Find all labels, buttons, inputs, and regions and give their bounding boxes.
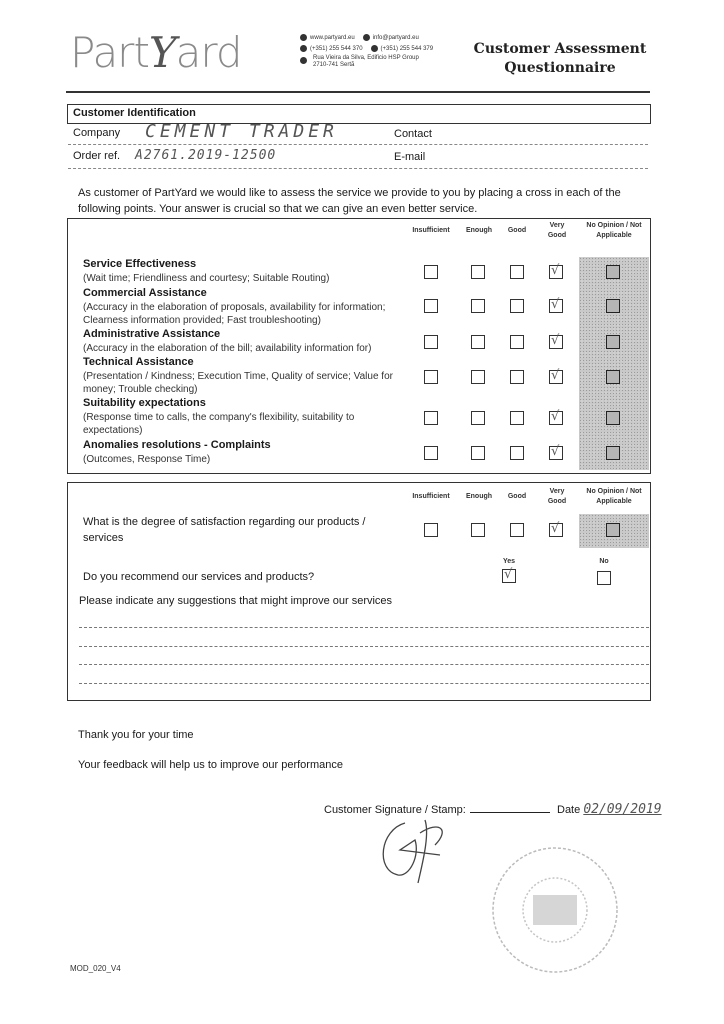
assessment-4-insufficient-checkbox[interactable] xyxy=(424,411,438,425)
assessment-0-very-good-checkbox[interactable]: √ xyxy=(549,265,563,279)
check-icon: √ xyxy=(551,297,559,312)
section-title: Customer Identification xyxy=(73,107,196,119)
address-line: Rua Vieira da Silva, Edificio HSP Group xyxy=(313,55,419,61)
signature-scribble xyxy=(370,815,470,885)
partyard-logo: PartYard xyxy=(70,28,242,77)
assessment-4-good-checkbox[interactable] xyxy=(510,411,524,425)
divider xyxy=(68,144,648,145)
title-line: Questionnaire xyxy=(462,59,658,78)
column-header: No Opinion / Not Applicable xyxy=(582,221,646,241)
contact-field[interactable] xyxy=(440,126,640,140)
assessment-item-title: Service Effectiveness xyxy=(83,258,196,270)
assessment-5-no-opinion-not-applicable-checkbox[interactable] xyxy=(606,446,620,460)
check-icon: √ xyxy=(551,444,559,459)
website-link[interactable]: www.partyard.eu xyxy=(310,35,355,41)
check-icon: √ xyxy=(551,263,559,278)
company-field[interactable]: CEMENT TRADER xyxy=(145,121,338,142)
assessment-5-good-checkbox[interactable] xyxy=(510,446,524,460)
suggestion-line[interactable] xyxy=(79,627,649,628)
assessment-item-description: (Accuracy in the elaboration of the bill… xyxy=(83,342,401,355)
satisfaction-very-good-checkbox[interactable]: √ xyxy=(549,523,563,537)
assessment-5-enough-checkbox[interactable] xyxy=(471,446,485,460)
assessment-4-no-opinion-not-applicable-checkbox[interactable] xyxy=(606,411,620,425)
column-header: Very Good xyxy=(542,487,572,507)
signature-field[interactable] xyxy=(470,812,550,813)
order-ref-field[interactable]: A2761.2019-12500 xyxy=(135,148,276,163)
email-field[interactable] xyxy=(440,149,640,163)
suggestion-line[interactable] xyxy=(79,664,649,665)
assessment-1-good-checkbox[interactable] xyxy=(510,299,524,313)
company-label: Company xyxy=(73,127,120,139)
not-applicable-shade xyxy=(579,257,649,470)
form-code: MOD_020_V4 xyxy=(70,964,121,973)
globe-icon xyxy=(300,34,307,41)
title-line: Customer Assessment xyxy=(462,40,658,59)
suggestion-line[interactable] xyxy=(79,683,649,684)
no-label: No xyxy=(592,557,616,567)
check-icon: √ xyxy=(551,368,559,383)
column-header: Very Good xyxy=(542,221,572,241)
contact-block: www.partyard.eu info@partyard.eu (+351) … xyxy=(300,33,433,69)
satisfaction-no-opinion-not-applicable-checkbox[interactable] xyxy=(606,523,620,537)
assessment-item-title: Anomalies resolutions - Complaints xyxy=(83,439,271,451)
assessment-4-very-good-checkbox[interactable]: √ xyxy=(549,411,563,425)
check-icon: √ xyxy=(551,333,559,348)
check-icon: √ xyxy=(504,567,512,582)
document-title: Customer Assessment Questionnaire xyxy=(462,40,658,78)
assessment-1-very-good-checkbox[interactable]: √ xyxy=(549,299,563,313)
assessment-0-good-checkbox[interactable] xyxy=(510,265,524,279)
email-link[interactable]: info@partyard.eu xyxy=(373,35,419,41)
date-field[interactable]: 02/09/2019 xyxy=(583,802,661,817)
check-icon: √ xyxy=(551,409,559,424)
contact-label: Contact xyxy=(394,128,432,140)
assessment-item-title: Commercial Assistance xyxy=(83,287,207,299)
thanks-text: Thank you for your time xyxy=(78,729,194,741)
assessment-2-no-opinion-not-applicable-checkbox[interactable] xyxy=(606,335,620,349)
logo-text: Part xyxy=(70,28,149,77)
address-line: 2710-741 Sertã xyxy=(313,62,354,68)
order-ref-label: Order ref. xyxy=(73,150,120,162)
recommend-yes-checkbox[interactable]: √ xyxy=(502,569,516,583)
assessment-item-title: Administrative Assistance xyxy=(83,328,220,340)
assessment-0-enough-checkbox[interactable] xyxy=(471,265,485,279)
assessment-3-no-opinion-not-applicable-checkbox[interactable] xyxy=(606,370,620,384)
feedback-text: Your feedback will help us to improve ou… xyxy=(78,759,343,771)
column-header: Good xyxy=(485,492,549,502)
satisfaction-question: What is the degree of satisfaction regar… xyxy=(83,514,383,546)
assessment-2-insufficient-checkbox[interactable] xyxy=(424,335,438,349)
intro-text: As customer of PartYard we would like to… xyxy=(78,185,658,217)
assessment-2-enough-checkbox[interactable] xyxy=(471,335,485,349)
assessment-5-very-good-checkbox[interactable]: √ xyxy=(549,446,563,460)
logo-text: ard xyxy=(176,28,242,77)
mail-icon xyxy=(363,34,370,41)
fax-number: (+351) 255 544 379 xyxy=(381,46,434,52)
fax-icon xyxy=(371,45,378,52)
assessment-item-description: (Wait time; Friendliness and courtesy; S… xyxy=(83,272,401,285)
location-icon xyxy=(300,57,307,64)
assessment-item-description: (Outcomes, Response Time) xyxy=(83,453,401,466)
assessment-item-description: (Response time to calls, the company's f… xyxy=(83,411,401,437)
date-label: Date xyxy=(557,804,580,816)
assessment-item-description: (Accuracy in the elaboration of proposal… xyxy=(83,301,401,327)
yes-label: Yes xyxy=(497,557,521,567)
assessment-2-good-checkbox[interactable] xyxy=(510,335,524,349)
assessment-2-very-good-checkbox[interactable]: √ xyxy=(549,335,563,349)
assessment-1-enough-checkbox[interactable] xyxy=(471,299,485,313)
assessment-3-good-checkbox[interactable] xyxy=(510,370,524,384)
assessment-4-enough-checkbox[interactable] xyxy=(471,411,485,425)
assessment-1-no-opinion-not-applicable-checkbox[interactable] xyxy=(606,299,620,313)
logo-mark: Y xyxy=(149,28,176,77)
date-row: Date 02/09/2019 xyxy=(557,802,662,817)
column-header: No Opinion / Not Applicable xyxy=(582,487,646,507)
assessment-1-insufficient-checkbox[interactable] xyxy=(424,299,438,313)
assessment-0-no-opinion-not-applicable-checkbox[interactable] xyxy=(606,265,620,279)
assessment-item-title: Suitability expectations xyxy=(83,397,206,409)
assessment-item-title: Technical Assistance xyxy=(83,356,194,368)
assessment-3-very-good-checkbox[interactable]: √ xyxy=(549,370,563,384)
divider xyxy=(68,168,648,169)
email-label: E-mail xyxy=(394,151,425,163)
assessment-item-description: (Presentation / Kindness; Execution Time… xyxy=(83,370,401,396)
suggestions-prompt: Please indicate any suggestions that mig… xyxy=(79,595,392,607)
assessment-3-insufficient-checkbox[interactable] xyxy=(424,370,438,384)
assessment-0-insufficient-checkbox[interactable] xyxy=(424,265,438,279)
recommend-no-checkbox[interactable] xyxy=(597,571,611,585)
check-icon: √ xyxy=(551,521,559,536)
assessment-5-insufficient-checkbox[interactable] xyxy=(424,446,438,460)
phone-number: (+351) 255 544 370 xyxy=(310,46,363,52)
satisfaction-insufficient-checkbox[interactable] xyxy=(424,523,438,537)
satisfaction-enough-checkbox[interactable] xyxy=(471,523,485,537)
phone-icon xyxy=(300,45,307,52)
header-divider xyxy=(66,91,650,93)
company-stamp xyxy=(485,840,625,980)
column-header: Good xyxy=(485,226,549,236)
assessment-3-enough-checkbox[interactable] xyxy=(471,370,485,384)
satisfaction-good-checkbox[interactable] xyxy=(510,523,524,537)
recommend-question: Do you recommend our services and produc… xyxy=(83,571,314,583)
suggestion-line[interactable] xyxy=(79,646,649,647)
